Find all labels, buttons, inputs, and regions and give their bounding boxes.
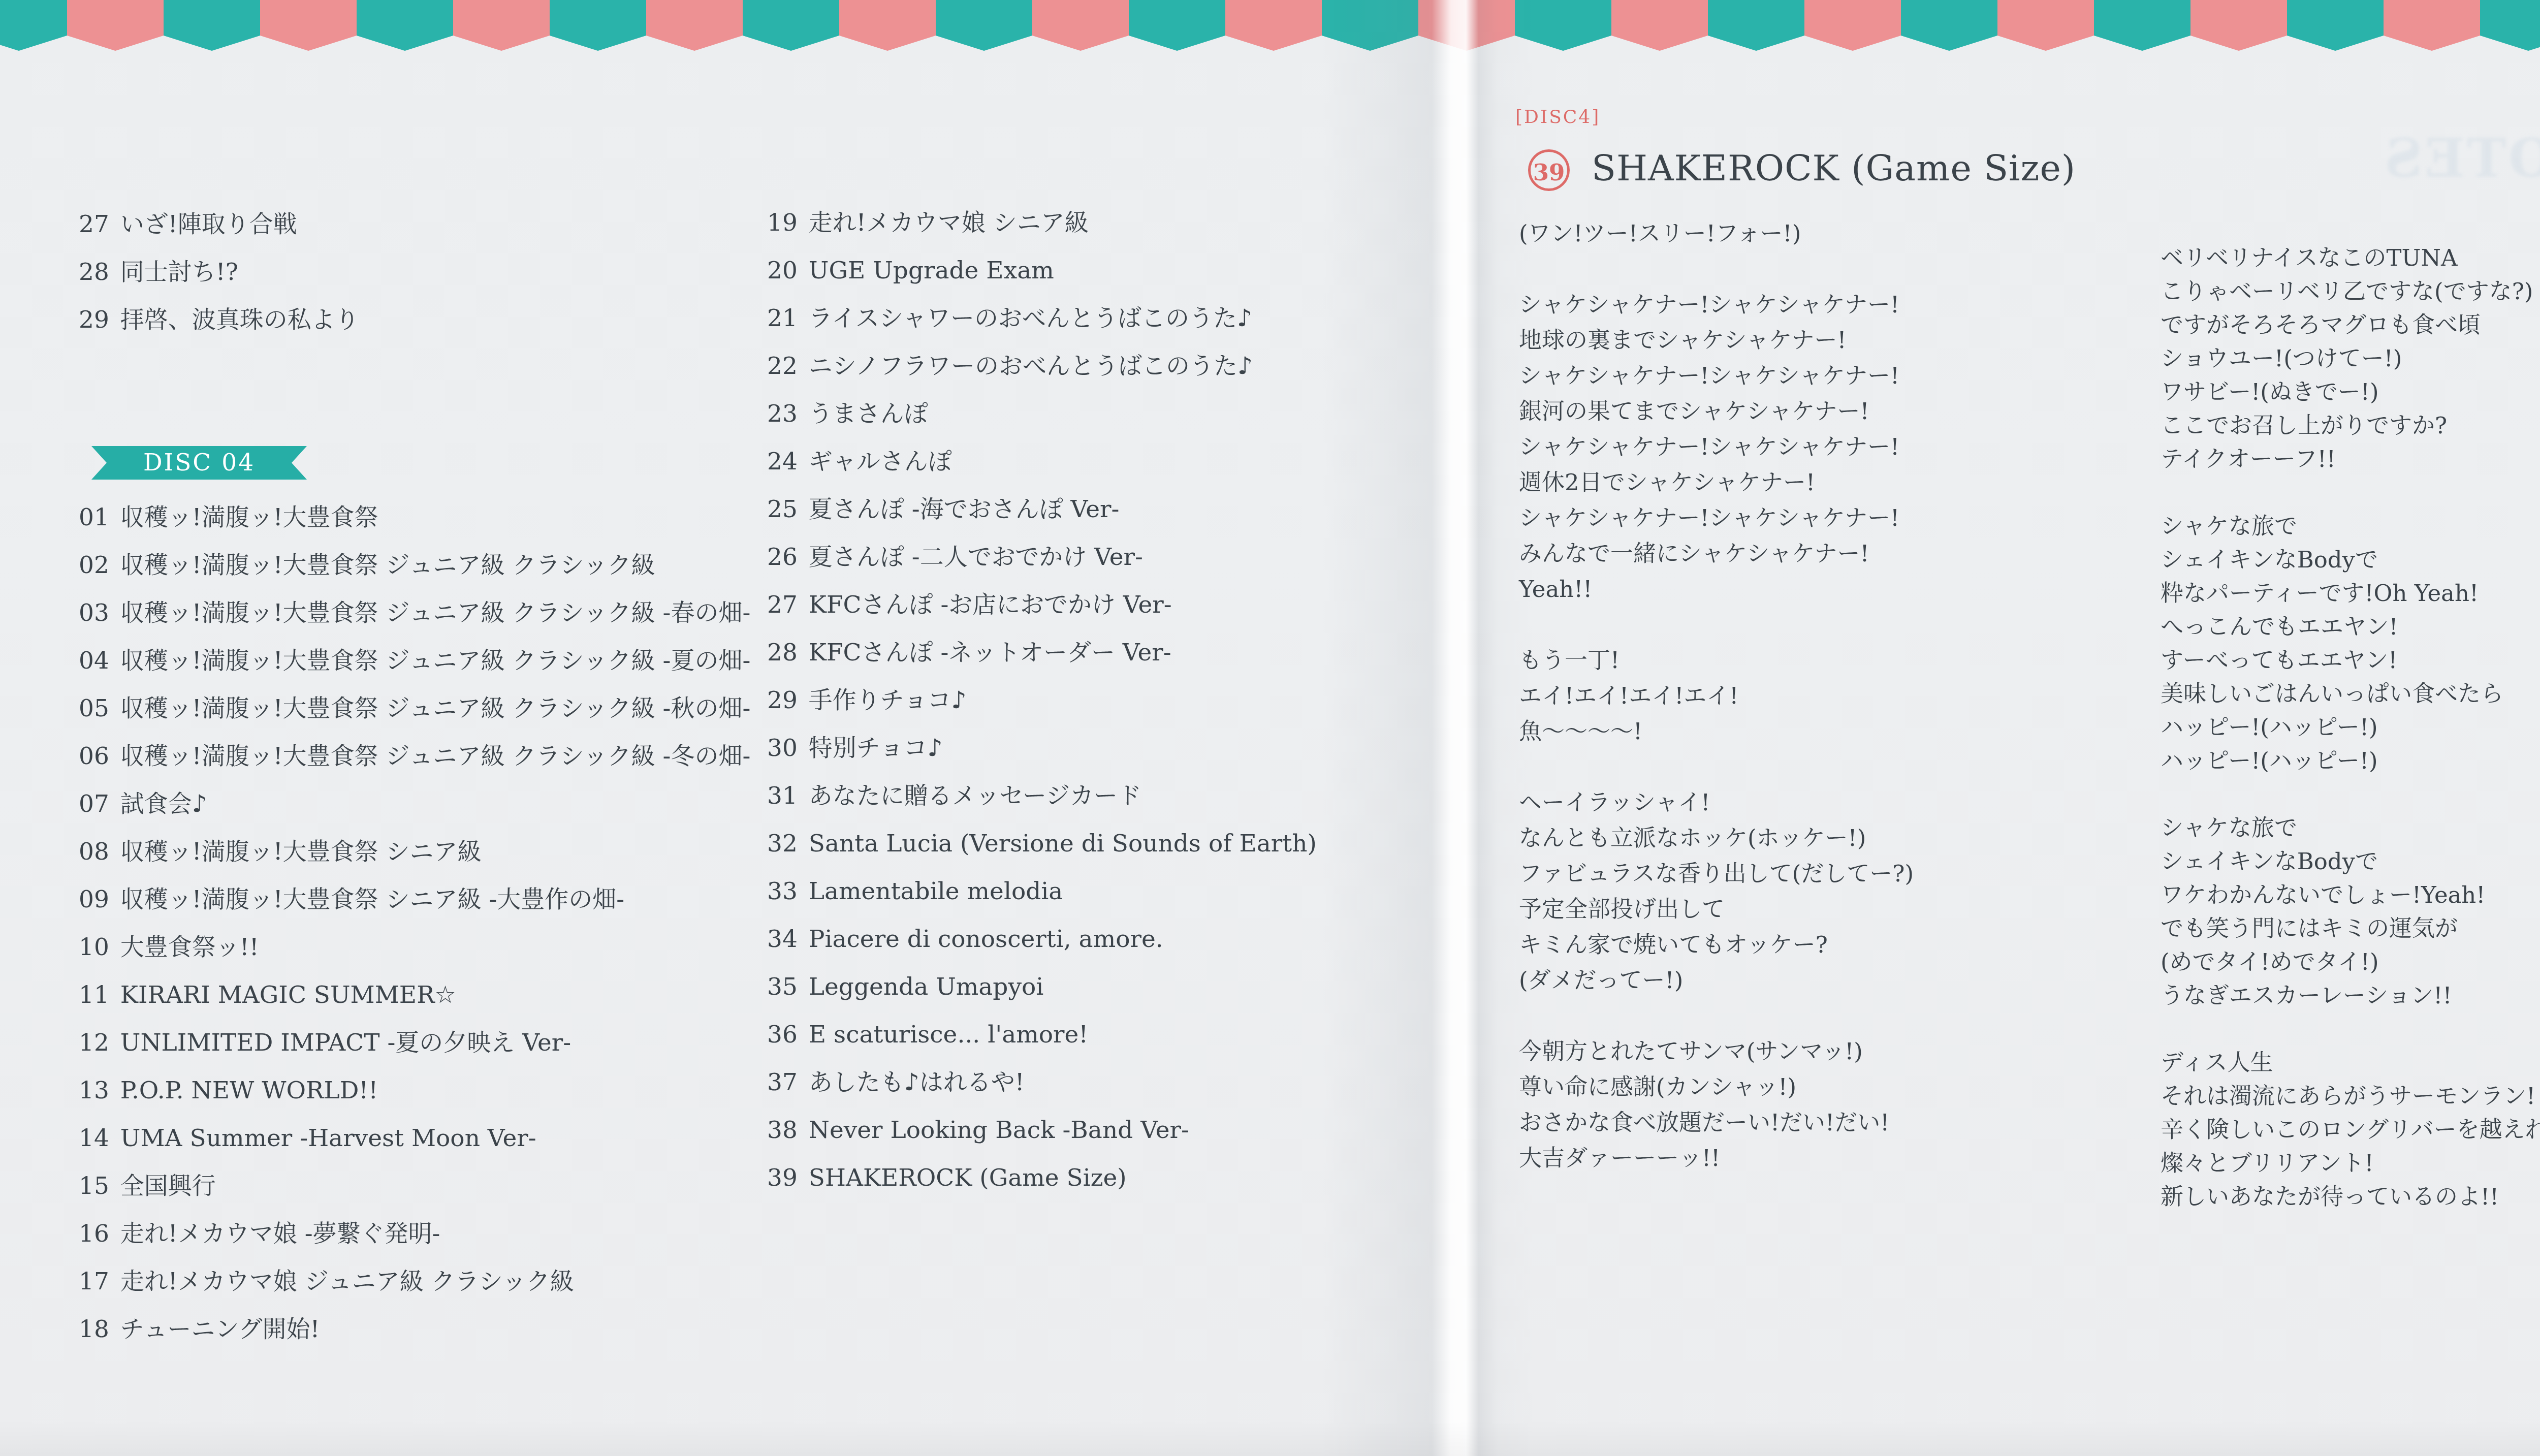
track-row-28: 28同士討ち!?	[79, 260, 359, 284]
track-number: 34	[767, 927, 798, 951]
track-row-38: 38Never Looking Back -Band Ver-	[767, 1118, 1317, 1142]
track-title: 全国興行	[120, 1172, 216, 1200]
booklet-scan: 27いざ!陣取り合戦28同士討ち!?29拝啓、波真珠の私より DISC 04 0…	[0, 0, 2540, 1456]
track-row-25: 25夏さんぽ -海でおさんぽ Ver-	[767, 497, 1317, 521]
lyric-line: シェイキンなBodyで	[2161, 543, 2540, 577]
track-number: 10	[79, 935, 109, 959]
track-number: 06	[79, 744, 109, 768]
lyric-line: こりゃベーリベリ乙ですな(ですな?)	[2161, 275, 2540, 308]
track-number: 04	[79, 649, 109, 673]
track-title: UNLIMITED IMPACT -夏の夕映え Ver-	[120, 1029, 571, 1057]
track-number: 28	[767, 641, 798, 664]
lyric-line: シャケシャケナー!シャケシャケナー!	[1519, 429, 1914, 465]
track-title: Never Looking Back -Band Ver-	[809, 1116, 1189, 1144]
track-title: KFCさんぽ -お店におでかけ Ver-	[809, 591, 1172, 619]
track-title: ライスシャワーのおべんとうばこのうた♪	[809, 304, 1252, 332]
track-row-11: 11KIRARI MAGIC SUMMER☆	[79, 983, 750, 1007]
track-number: 11	[79, 983, 109, 1007]
track-row-06: 06収穫ッ!満腹ッ!大豊食祭 ジュニア級 クラシック級 -冬の畑-	[79, 744, 750, 768]
track-row-10: 10大豊食祭ッ!!	[79, 935, 750, 959]
track-title: Leggenda Umapyoi	[809, 973, 1044, 1001]
track-row-16: 16走れ!メカウマ娘 -夢繋ぐ発明-	[79, 1222, 750, 1246]
track-title: 特別チョコ♪	[809, 734, 943, 762]
lyric-block: 今朝方とれたてサンマ(サンマッ!)尊い命に感謝(カンシャッ!)おさかな食べ放題だ…	[1519, 1034, 1914, 1176]
track-title: 走れ!メカウマ娘 ジュニア級 クラシック級	[120, 1268, 574, 1295]
track-row-12: 12UNLIMITED IMPACT -夏の夕映え Ver-	[79, 1031, 750, 1055]
track-title: あなたに贈るメッセージカード	[809, 782, 1141, 810]
track-row-21: 21ライスシャワーのおべんとうばこのうた♪	[767, 306, 1317, 330]
lyric-line: シャケシャケナー!シャケシャケナー!	[1519, 358, 1914, 394]
track-number: 02	[79, 553, 109, 577]
track-title: KIRARI MAGIC SUMMER☆	[120, 981, 456, 1009]
track-row-29: 29拝啓、波真珠の私より	[79, 308, 359, 332]
previous-disc-tracks: 27いざ!陣取り合戦28同士討ち!?29拝啓、波真珠の私より	[79, 212, 359, 356]
lyric-line: シャケな旅で	[2161, 811, 2540, 845]
bottom-scan-shadow	[0, 1420, 2540, 1456]
lyric-line: 今朝方とれたてサンマ(サンマッ!)	[1519, 1034, 1914, 1069]
track-title: あしたも♪はれるや!	[809, 1068, 1025, 1096]
lyric-line: 新しいあなたが待っているのよ!!	[2161, 1180, 2540, 1214]
track-row-04: 04収穫ッ!満腹ッ!大豊食祭 ジュニア級 クラシック級 -夏の畑-	[79, 649, 750, 673]
track-title: 走れ!メカウマ娘 -夢繋ぐ発明-	[120, 1220, 440, 1248]
track-number: 30	[767, 736, 798, 760]
lyric-line: シャケな旅で	[2161, 510, 2540, 543]
lyric-block: もう一丁!エイ!エイ!エイ!エイ!魚〜〜〜〜!	[1519, 643, 1914, 749]
track-title: 同士討ち!?	[120, 258, 238, 286]
lyric-line: 地球の裏までシャケシャケナー!	[1519, 323, 1914, 358]
track-number: 03	[79, 601, 109, 625]
track-title: うまさんぽ	[809, 400, 928, 428]
track-number: 12	[79, 1031, 109, 1055]
lyric-block: ベリベリナイスなこのTUNAこりゃベーリベリ乙ですな(ですな?)ですがそろそろマ…	[2161, 241, 2540, 476]
track-number: 01	[79, 505, 109, 529]
lyric-line: ワサビー!(ぬきでー!)	[2161, 375, 2540, 409]
track-number: 38	[767, 1118, 798, 1142]
lyric-block: ヘーイラッシャイ!なんとも立派なホッケ(ホッケー!)ファビュラスな香り出して(だ…	[1519, 785, 1914, 998]
track-row-05: 05収穫ッ!満腹ッ!大豊食祭 ジュニア級 クラシック級 -秋の畑-	[79, 697, 750, 720]
track-number: 20	[767, 259, 798, 282]
track-number: 19	[767, 211, 798, 235]
track-number: 26	[767, 545, 798, 569]
lyric-line: 予定全部投げ出して	[1519, 892, 1914, 927]
track-number: 36	[767, 1023, 798, 1047]
track-title: ギャルさんぽ	[809, 448, 952, 476]
track-title: KFCさんぽ -ネットオーダー Ver-	[809, 639, 1171, 667]
bunting-flags-graphic	[0, 0, 2540, 53]
lyric-line: もう一丁!	[1519, 643, 1914, 678]
disc-number-label: [DISC4]	[1515, 107, 1600, 128]
track-number: 28	[79, 260, 109, 284]
lyric-block: シャケな旅でシェイキンなBodyでワケわかんないでしょー!Yeah!でも笑う門に…	[2161, 811, 2540, 1012]
track-row-01: 01収穫ッ!満腹ッ!大豊食祭	[79, 505, 750, 529]
lyric-line: 辛く険しいこのロングリバーを越えれば	[2161, 1113, 2540, 1147]
track-title: 収穫ッ!満腹ッ!大豊食祭 ジュニア級 クラシック級 -春の畑-	[120, 599, 750, 627]
lyric-line: 粋なパーティーです!Oh Yeah!	[2161, 577, 2540, 610]
lyric-line: みんなで一緒にシャケシャケナー!	[1519, 536, 1914, 572]
lyric-line: 大吉ダァーーーッ!!	[1519, 1141, 1914, 1176]
track-number: 29	[79, 308, 109, 332]
lyric-line: エイ!エイ!エイ!エイ!	[1519, 678, 1914, 714]
lyric-line: キミん家で焼いてもオッケー?	[1519, 927, 1914, 963]
track-number: 24	[767, 450, 798, 473]
track-title: 収穫ッ!満腹ッ!大豊食祭 シニア級	[120, 838, 482, 866]
bunting-banner	[0, 0, 2540, 53]
track-row-24: 24ギャルさんぽ	[767, 450, 1317, 473]
track-row-15: 15全国興行	[79, 1174, 750, 1198]
lyric-line: へっこんでもエエヤン!	[2161, 610, 2540, 644]
track-number: 05	[79, 697, 109, 720]
track-row-07: 07試食会♪	[79, 792, 750, 816]
track-row-35: 35Leggenda Umapyoi	[767, 975, 1317, 999]
track-row-32: 32Santa Lucia (Versione di Sounds of Ear…	[767, 832, 1317, 856]
lyric-line: 燦々とブリリアント!	[2161, 1147, 2540, 1180]
track-number: 29	[767, 688, 798, 712]
track-number: 16	[79, 1222, 109, 1246]
track-title: ニシノフラワーのおべんとうばこのうた♪	[809, 352, 1253, 380]
track-row-19: 19走れ!メカウマ娘 シニア級	[767, 211, 1317, 235]
track-row-09: 09収穫ッ!満腹ッ!大豊食祭 シニア級 -大豊作の畑-	[79, 888, 750, 911]
track-title: 拝啓、波真珠の私より	[120, 306, 359, 334]
track-number: 08	[79, 840, 109, 864]
lyric-line: 銀河の果てまでシャケシャケナー!	[1519, 394, 1914, 429]
track-title: 試食会♪	[120, 790, 207, 818]
lyric-line: うなぎエスカーレーション!!	[2161, 979, 2540, 1012]
track-title: UGE Upgrade Exam	[809, 257, 1054, 284]
track-row-23: 23うまさんぽ	[767, 402, 1317, 426]
lyric-line: (ダメだってー!)	[1519, 963, 1914, 998]
track-row-18: 18チューニング開始!	[79, 1317, 750, 1341]
track-row-29: 29手作りチョコ♪	[767, 688, 1317, 712]
lyrics-column-1: (ワン!ツー!スリー!フォー!)シャケシャケナー!シャケシャケナー!地球の裏まで…	[1519, 216, 1914, 1212]
track-row-37: 37あしたも♪はれるや!	[767, 1070, 1317, 1094]
track-number: 25	[767, 497, 798, 521]
track-number: 07	[79, 792, 109, 816]
track-title: 夏さんぽ -二人でおでかけ Ver-	[809, 543, 1143, 571]
track-number: 39	[767, 1166, 798, 1190]
track-title: P.O.P. NEW WORLD!!	[120, 1077, 378, 1104]
track-number-badge: 39	[1528, 149, 1570, 191]
lyric-line: それは濁流にあらがうサーモンラン!	[2161, 1080, 2540, 1113]
track-row-27: 27KFCさんぽ -お店におでかけ Ver-	[767, 593, 1317, 617]
track-number: 32	[767, 832, 798, 856]
track-row-08: 08収穫ッ!満腹ッ!大豊食祭 シニア級	[79, 840, 750, 864]
lyric-line: Yeah!!	[1519, 572, 1914, 607]
lyric-line: シャケシャケナー!シャケシャケナー!	[1519, 500, 1914, 536]
track-number: 27	[79, 212, 109, 236]
lyric-line: ここでお召し上がりですか?	[2161, 409, 2540, 442]
track-list-column-1: 01収穫ッ!満腹ッ!大豊食祭02収穫ッ!満腹ッ!大豊食祭 ジュニア級 クラシック…	[79, 505, 750, 1365]
lyric-line: ハッピー!(ハッピー!)	[2161, 744, 2540, 778]
track-number: 13	[79, 1079, 109, 1102]
lyric-line: 週休2日でシャケシャケナー!	[1519, 465, 1914, 500]
track-number: 33	[767, 879, 798, 903]
track-row-28: 28KFCさんぽ -ネットオーダー Ver-	[767, 641, 1317, 664]
track-title: 収穫ッ!満腹ッ!大豊食祭 シニア級 -大豊作の畑-	[120, 885, 624, 913]
track-title: Lamentabile melodia	[809, 877, 1063, 905]
track-number: 23	[767, 402, 798, 426]
lyric-block: シャケシャケナー!シャケシャケナー!地球の裏までシャケシャケナー!シャケシャケナ…	[1519, 287, 1914, 607]
lyric-line: (めでタイ!めでタイ!)	[2161, 945, 2540, 979]
track-row-39: 39SHAKEROCK (Game Size)	[767, 1166, 1317, 1190]
track-row-02: 02収穫ッ!満腹ッ!大豊食祭 ジュニア級 クラシック級	[79, 553, 750, 577]
lyric-line: 魚〜〜〜〜!	[1519, 714, 1914, 749]
lyric-line: 美味しいごはんいっぱい食べたら	[2161, 677, 2540, 711]
track-title: SHAKEROCK (Game Size)	[809, 1164, 1127, 1192]
track-row-03: 03収穫ッ!満腹ッ!大豊食祭 ジュニア級 クラシック級 -春の畑-	[79, 601, 750, 625]
track-row-36: 36E scaturisce... l'amore!	[767, 1023, 1317, 1047]
lyric-line: ハッピー!(ハッピー!)	[2161, 711, 2540, 744]
disc-ribbon: DISC 04	[91, 446, 307, 480]
lyric-line: なんとも立派なホッケ(ホッケー!)	[1519, 820, 1914, 856]
track-title: 収穫ッ!満腹ッ!大豊食祭	[120, 503, 378, 531]
track-number: 18	[79, 1317, 109, 1341]
lyric-line: すーべってもエエヤン!	[2161, 644, 2540, 677]
track-title: チューニング開始!	[120, 1315, 320, 1343]
track-list-column-2: 19走れ!メカウマ娘 シニア級20UGE Upgrade Exam21ライスシャ…	[767, 211, 1317, 1214]
track-title: 収穫ッ!満腹ッ!大豊食祭 ジュニア級 クラシック級	[120, 551, 655, 579]
track-number: 21	[767, 306, 798, 330]
lyric-line: シャケシャケナー!シャケシャケナー!	[1519, 287, 1914, 323]
track-title: 大豊食祭ッ!!	[120, 933, 259, 961]
lyric-line: シェイキンなBodyで	[2161, 845, 2540, 878]
track-row-17: 17走れ!メカウマ娘 ジュニア級 クラシック級	[79, 1270, 750, 1293]
lyric-line: ですがそろそろマグロも食べ頃	[2161, 308, 2540, 342]
track-number: 09	[79, 888, 109, 911]
track-row-30: 30特別チョコ♪	[767, 736, 1317, 760]
track-number: 17	[79, 1270, 109, 1293]
track-title: Piacere di conoscerti, amore.	[809, 925, 1163, 953]
track-title: 収穫ッ!満腹ッ!大豊食祭 ジュニア級 クラシック級 -冬の畑-	[120, 742, 750, 770]
track-title: UMA Summer -Harvest Moon Ver-	[120, 1124, 536, 1152]
song-title: SHAKEROCK (Game Size)	[1592, 147, 2076, 189]
track-row-20: 20UGE Upgrade Exam	[767, 259, 1317, 282]
track-title: 収穫ッ!満腹ッ!大豊食祭 ジュニア級 クラシック級 -秋の畑-	[120, 694, 750, 722]
track-number: 37	[767, 1070, 798, 1094]
lyric-line: テイクオーーフ!!	[2161, 442, 2540, 476]
bleed-through-ghost-text: LINER NOTES	[2271, 127, 2540, 189]
track-row-14: 14UMA Summer -Harvest Moon Ver-	[79, 1126, 750, 1150]
track-number: 15	[79, 1174, 109, 1198]
lyric-line: ファビュラスな香り出して(だしてー?)	[1519, 856, 1914, 892]
track-number: 14	[79, 1126, 109, 1150]
track-number: 35	[767, 975, 798, 999]
lyric-line: ディス人生	[2161, 1046, 2540, 1080]
track-number: 22	[767, 354, 798, 378]
track-row-34: 34Piacere di conoscerti, amore.	[767, 927, 1317, 951]
page-fold-crease	[1321, 0, 1534, 1456]
lyric-block: ディス人生それは濁流にあらがうサーモンラン!辛く険しいこのロングリバーを越えれば…	[2161, 1046, 2540, 1214]
track-title: 収穫ッ!満腹ッ!大豊食祭 ジュニア級 クラシック級 -夏の畑-	[120, 647, 750, 675]
track-row-27: 27いざ!陣取り合戦	[79, 212, 359, 236]
track-number: 27	[767, 593, 798, 617]
lyrics-column-2: ベリベリナイスなこのTUNAこりゃベーリベリ乙ですな(ですな?)ですがそろそろマ…	[2161, 241, 2540, 1247]
track-title: E scaturisce... l'amore!	[809, 1021, 1088, 1049]
lyric-line: ベリベリナイスなこのTUNA	[2161, 241, 2540, 275]
track-row-22: 22ニシノフラワーのおべんとうばこのうた♪	[767, 354, 1317, 378]
track-row-26: 26夏さんぽ -二人でおでかけ Ver-	[767, 545, 1317, 569]
lyric-block: シャケな旅でシェイキンなBodyで粋なパーティーです!Oh Yeah!へっこんで…	[2161, 510, 2540, 778]
lyric-line: ヘーイラッシャイ!	[1519, 785, 1914, 820]
lyric-line: でも笑う門にはキミの運気が	[2161, 912, 2540, 945]
track-title: 夏さんぽ -海でおさんぽ Ver-	[809, 495, 1120, 523]
track-row-13: 13P.O.P. NEW WORLD!!	[79, 1079, 750, 1102]
lyric-line: (ワン!ツー!スリー!フォー!)	[1519, 216, 1914, 251]
track-title: 手作りチョコ♪	[809, 686, 967, 714]
lyric-line: 尊い命に感謝(カンシャッ!)	[1519, 1069, 1914, 1105]
lyric-line: おさかな食べ放題だーい!だい!だい!	[1519, 1105, 1914, 1141]
track-title: Santa Lucia (Versione di Sounds of Earth…	[809, 830, 1317, 858]
track-number: 31	[767, 784, 798, 808]
track-row-31: 31あなたに贈るメッセージカード	[767, 784, 1317, 808]
lyric-line: ショウユー!(つけてー!)	[2161, 342, 2540, 375]
track-title: いざ!陣取り合戦	[120, 210, 297, 238]
lyric-block: (ワン!ツー!スリー!フォー!)	[1519, 216, 1914, 251]
track-title: 走れ!メカウマ娘 シニア級	[809, 209, 1089, 237]
lyric-line: ワケわかんないでしょー!Yeah!	[2161, 878, 2540, 912]
track-row-33: 33Lamentabile melodia	[767, 879, 1317, 903]
